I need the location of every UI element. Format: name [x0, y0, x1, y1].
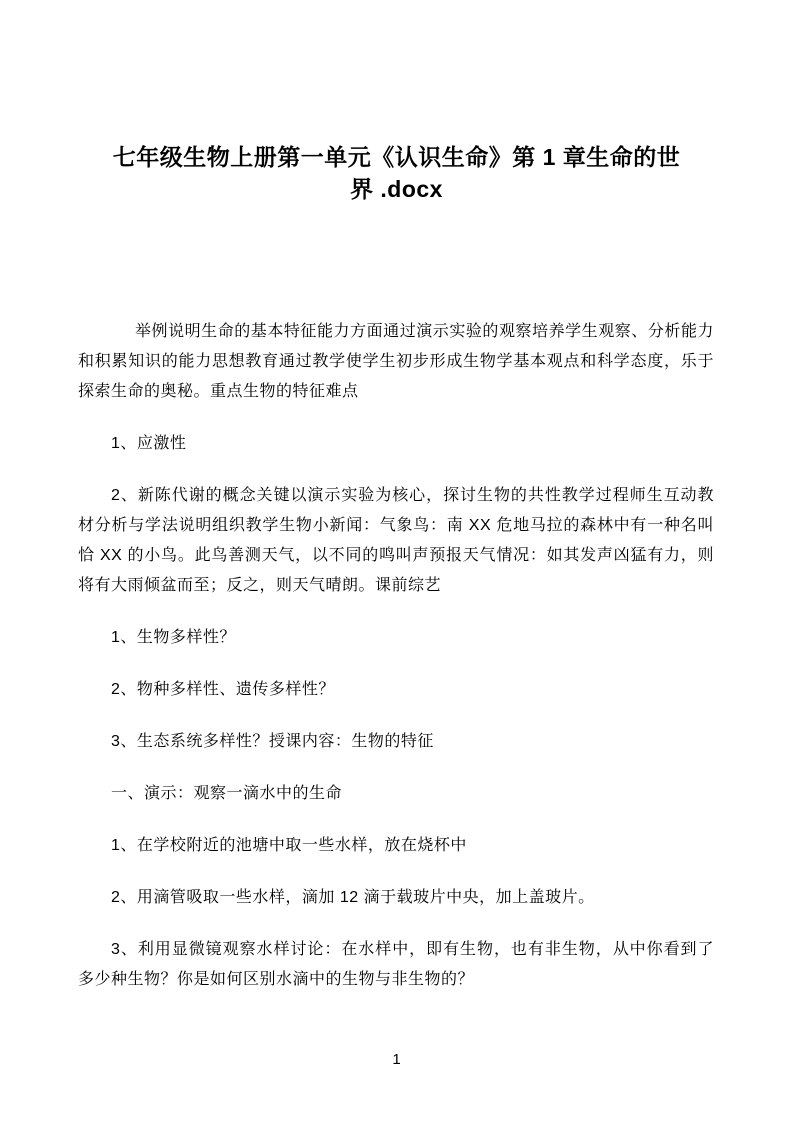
page-number: 1 — [0, 1050, 793, 1070]
paragraph-step-1: 1、在学校附近的池塘中取一些水样，放在烧杯中 — [78, 831, 714, 861]
document-body: 举例说明生命的基本特征能力方面通过演示实验的观察培养学生观察、分析能力和积累知识… — [78, 317, 714, 995]
paragraph-step-3: 3、利用显微镜观察水样讨论：在水样中，即有生物，也有非生物，从中你看到了多少种生… — [78, 935, 714, 995]
document-page: 七年级生物上册第一单元《认识生命》第 1 章生命的世 界 .docx 举例说明生… — [0, 0, 793, 1122]
document-title-line1: 七年级生物上册第一单元《认识生命》第 1 章生命的世 — [58, 141, 735, 173]
document-title: 七年级生物上册第一单元《认识生命》第 1 章生命的世 界 .docx — [58, 0, 735, 205]
paragraph-item-species-diversity: 2、物种多样性、遗传多样性？ — [78, 675, 714, 705]
paragraph-item-ecosystem-diversity: 3、生态系统多样性？授课内容：生物的特征 — [78, 727, 714, 757]
paragraph-item-biodiversity: 1、生物多样性？ — [78, 623, 714, 653]
document-title-line2: 界 .docx — [58, 173, 735, 205]
paragraph-demo-heading: 一、演示：观察一滴水中的生命 — [78, 779, 714, 809]
paragraph-metabolism: 2、新陈代谢的概念关键以演示实验为核心，探讨生物的共性教学过程师生互动教材分析与… — [78, 481, 714, 601]
paragraph-step-2: 2、用滴管吸取一些水样，滴加 12 滴于载玻片中央，加上盖玻片。 — [78, 883, 714, 913]
paragraph-item-irritability: 1、应激性 — [78, 429, 714, 459]
paragraph-overview: 举例说明生命的基本特征能力方面通过演示实验的观察培养学生观察、分析能力和积累知识… — [78, 317, 714, 407]
